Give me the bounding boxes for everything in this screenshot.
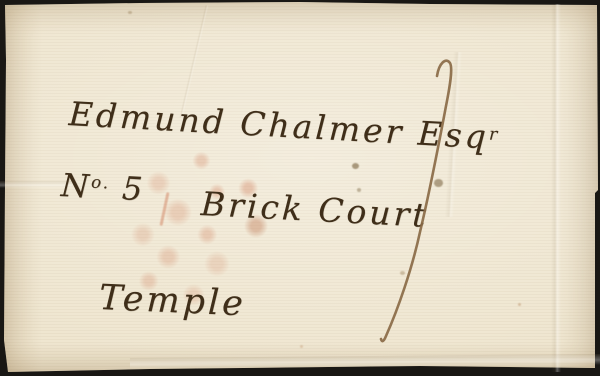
address-district-line: Temple [98,278,246,324]
foxing-spot [400,271,405,275]
number-value: 5 [121,169,145,208]
foxing-spot [128,11,132,14]
number-ordinal: o. [91,173,111,193]
foxing-spot [434,179,443,187]
number-prefix: N [60,166,92,206]
recipient-honorific-suffix: r [488,124,500,145]
address-number-line: No. 5 [60,166,145,208]
foxing-spot [300,345,303,348]
foxing-spot [518,303,521,306]
letter-photo: Edmund Chalmer Esqr No. 5 Brick Court Te… [0,0,600,376]
recipient-honorific: Esq [417,114,490,157]
foxing-spot [352,163,359,169]
